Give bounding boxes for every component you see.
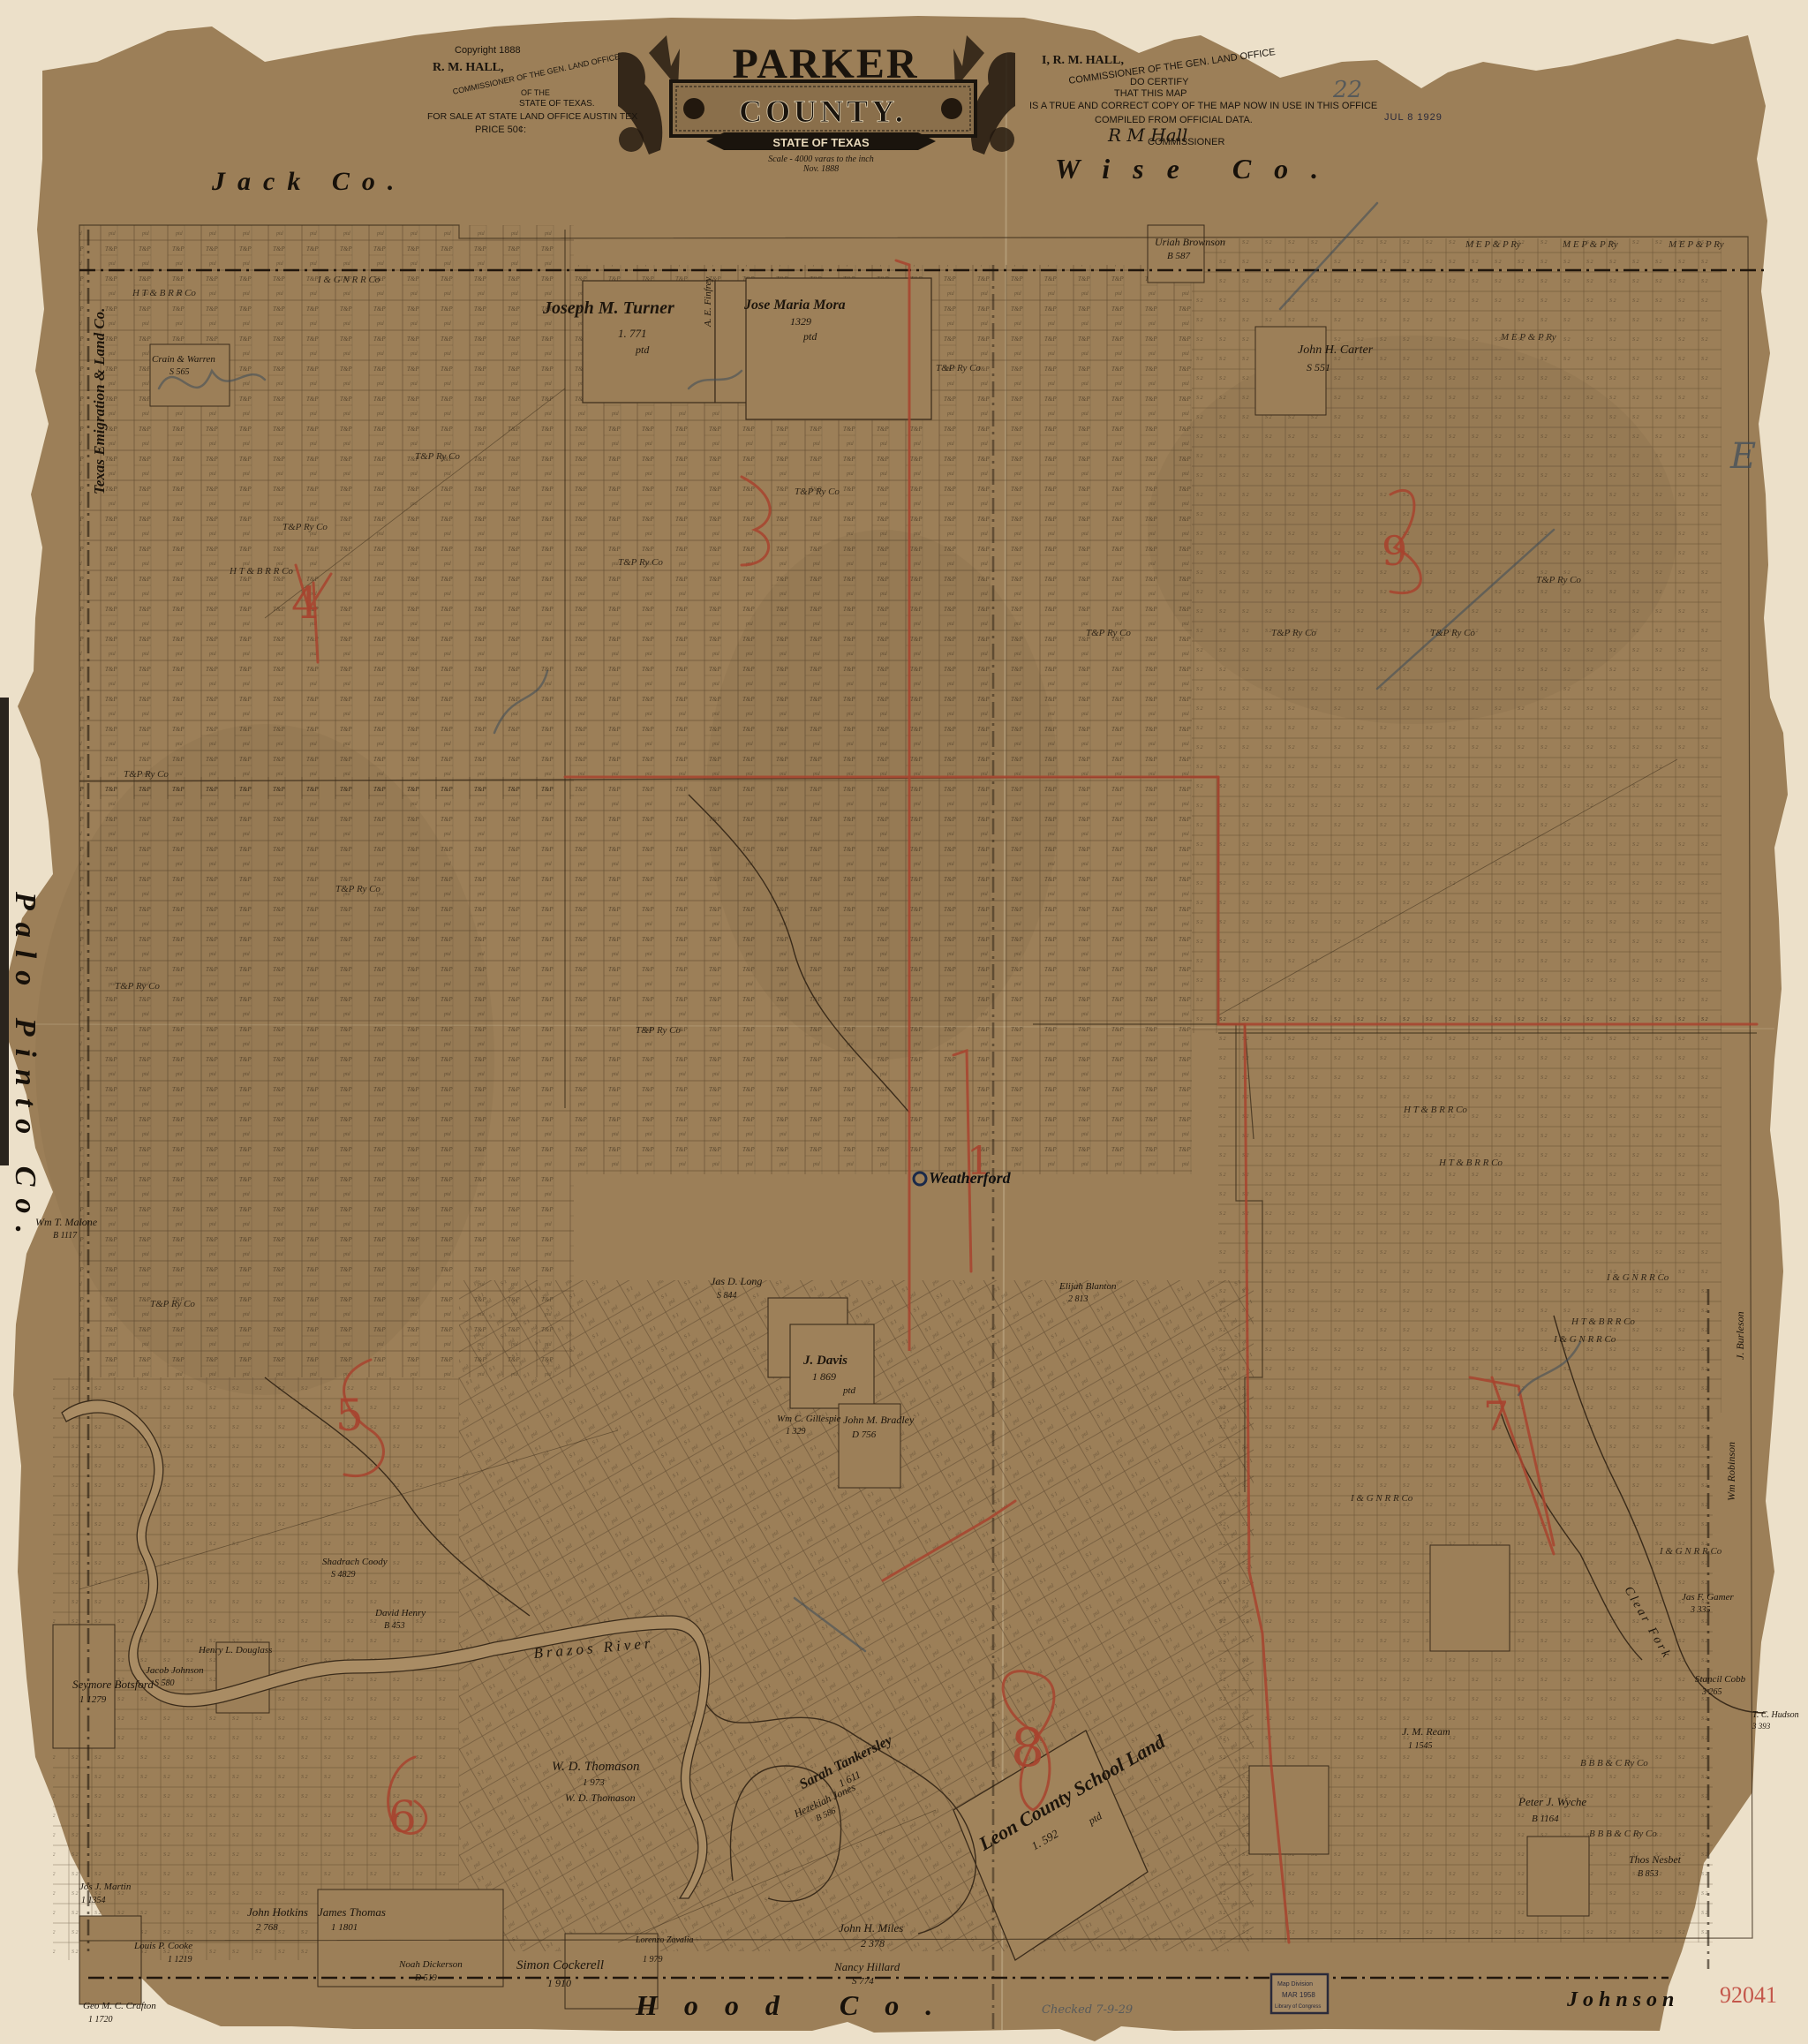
svg-text:Jas D. Long: Jas D. Long: [711, 1275, 762, 1287]
svg-text:Geo M. C. Crafton: Geo M. C. Crafton: [83, 2001, 156, 2011]
svg-text:T&P Ry Co: T&P Ry Co: [1271, 628, 1316, 638]
grant-henry-l-douglass: Henry L. Douglass: [198, 1645, 272, 1656]
svg-text:H T & B R R Co: H T & B R R Co: [229, 566, 293, 577]
svg-text:T&P Ry Co: T&P Ry Co: [1536, 575, 1581, 585]
svg-text:I & G N R R Co: I & G N R R Co: [1350, 1493, 1413, 1504]
survey-grid-regions: [53, 225, 1721, 1960]
svg-text:M E P & P Ry: M E P & P Ry: [1500, 332, 1556, 343]
svg-text:T&P Ry Co: T&P Ry Co: [150, 1299, 195, 1309]
svg-text:John H. Miles: John H. Miles: [839, 1921, 903, 1935]
svg-text:4: 4: [291, 577, 320, 629]
svg-text:Peter J. Wyche: Peter J. Wyche: [1518, 1795, 1586, 1808]
svg-text:H T & B R R Co: H T & B R R Co: [1571, 1316, 1635, 1327]
svg-text:Wm C. Gillespie: Wm C. Gillespie: [777, 1414, 841, 1424]
svg-text:1: 1: [967, 1139, 991, 1184]
library-stamp: Map Division MAR 1958 Library of Congres…: [1271, 1974, 1328, 2013]
svg-text:Crain & Warren: Crain & Warren: [152, 354, 215, 365]
date-stamp: JUL 8 1929: [1384, 112, 1443, 123]
svg-text:W. D. Thomason: W. D. Thomason: [565, 1791, 636, 1804]
county-label-palo-pinto: Palo Pinto Co.: [9, 891, 41, 1246]
map-title-county: COUNTY.: [739, 94, 907, 129]
svg-text:1 329: 1 329: [786, 1427, 806, 1437]
cert-certify: DO CERTIFY: [1130, 77, 1189, 87]
svg-text:Louis P. Cooke: Louis P. Cooke: [133, 1941, 192, 1951]
svg-text:1329: 1329: [790, 315, 811, 328]
publisher-sale: FOR SALE AT STATE LAND OFFICE AUSTIN TEX: [427, 111, 637, 122]
svg-text:Thos Nesbet: Thos Nesbet: [1629, 1853, 1682, 1866]
svg-text:MAR 1958: MAR 1958: [1282, 1991, 1315, 1999]
svg-text:I & G N R R Co: I & G N R R Co: [1606, 1272, 1669, 1283]
svg-text:B 1117: B 1117: [53, 1231, 78, 1241]
svg-text:Jas F. Gamer: Jas F. Gamer: [1682, 1592, 1734, 1603]
svg-text:Simon Cockerell: Simon Cockerell: [516, 1958, 604, 1972]
svg-text:8: 8: [1011, 1717, 1044, 1779]
county-label-johnson: Johnson: [1566, 1988, 1679, 2011]
grant-j-burleson: J. Burleson: [1734, 1311, 1746, 1360]
svg-text:M E P & P Ry: M E P & P Ry: [1562, 239, 1618, 250]
svg-text:ptd: ptd: [802, 330, 817, 343]
svg-text:2 768: 2 768: [256, 1922, 278, 1933]
svg-text:1. 771: 1. 771: [618, 327, 647, 340]
svg-text:1 1545: 1 1545: [1408, 1741, 1433, 1751]
svg-text:T&P Ry Co: T&P Ry Co: [415, 451, 460, 462]
svg-text:B 1164: B 1164: [1532, 1814, 1559, 1824]
svg-text:Seymore Botsford: Seymore Botsford: [72, 1678, 154, 1691]
land-company-label: Texas Emigration & Land Co.: [91, 308, 108, 494]
svg-text:D 519: D 519: [414, 1973, 437, 1983]
svg-text:Shadrach Coody: Shadrach Coody: [322, 1557, 388, 1567]
svg-text:S 565: S 565: [169, 367, 190, 377]
svg-text:3 335: 3 335: [1690, 1605, 1711, 1615]
pencil-note-margin: E: [1729, 436, 1756, 477]
publisher-price: PRICE 50¢:: [475, 124, 526, 135]
svg-text:H T & B R R Co: H T & B R R Co: [132, 288, 196, 298]
map-date: Nov. 1888: [802, 164, 839, 174]
svg-text:J. Davis: J. Davis: [802, 1354, 847, 1368]
svg-text:T&P Ry Co: T&P Ry Co: [124, 769, 169, 780]
svg-text:Map Division: Map Division: [1277, 1981, 1313, 1987]
svg-text:Library of Congress: Library of Congress: [1275, 2004, 1321, 2010]
svg-text:7: 7: [1483, 1392, 1509, 1440]
svg-text:T&P Ry Co: T&P Ry Co: [618, 557, 663, 568]
svg-text:Elijah Blanton: Elijah Blanton: [1058, 1281, 1117, 1292]
svg-text:I & G N R R Co: I & G N R R Co: [1553, 1334, 1616, 1345]
svg-text:T&P Ry Co: T&P Ry Co: [335, 884, 380, 894]
svg-text:2 378: 2 378: [861, 1937, 885, 1950]
svg-text:Nancy Hillard: Nancy Hillard: [833, 1960, 900, 1973]
svg-text:B B B & C Ry Co: B B B & C Ry Co: [1580, 1758, 1648, 1769]
svg-text:Noah Dickerson: Noah Dickerson: [398, 1959, 463, 1970]
svg-text:B 853: B 853: [1638, 1869, 1659, 1879]
svg-text:John Hotkins: John Hotkins: [247, 1905, 308, 1919]
left-edge-shadow: [0, 698, 9, 1165]
svg-text:B 453: B 453: [384, 1621, 405, 1631]
svg-text:1 979: 1 979: [643, 1955, 663, 1965]
svg-text:H T & B R R Co: H T & B R R Co: [1403, 1105, 1467, 1115]
map-title-state: STATE OF TEXAS: [772, 136, 870, 149]
svg-text:John M. Bradley: John M. Bradley: [843, 1414, 915, 1426]
grant-wm-robinson: Wm Robinson: [1725, 1442, 1737, 1501]
svg-text:5: 5: [335, 1390, 364, 1441]
svg-text:J. Burleson: J. Burleson: [1734, 1311, 1746, 1360]
svg-text:H T & B R R Co: H T & B R R Co: [1438, 1158, 1503, 1168]
svg-text:3 393: 3 393: [1751, 1722, 1771, 1731]
svg-text:T&P Ry Co: T&P Ry Co: [936, 363, 981, 373]
svg-text:A. E. Finfrey: A. E. Finfrey: [703, 276, 713, 328]
map-canvas: T&P ptd S 1 ptd S 2: [0, 0, 1808, 2044]
svg-text:T&P Ry Co: T&P Ry Co: [1430, 628, 1475, 638]
svg-text:T&P Ry Co: T&P Ry Co: [636, 1025, 681, 1036]
publisher-name: R. M. HALL,: [433, 61, 504, 74]
svg-text:S 551: S 551: [1307, 361, 1330, 373]
svg-text:1 1354: 1 1354: [81, 1896, 106, 1905]
publisher-state: STATE OF TEXAS.: [519, 99, 595, 109]
svg-text:1 1720: 1 1720: [88, 2015, 113, 2025]
svg-text:2 813: 2 813: [1068, 1294, 1089, 1304]
copyright-text: Copyright 1888: [455, 45, 521, 56]
cert-name: I, R. M. HALL,: [1042, 54, 1124, 67]
svg-text:D 756: D 756: [851, 1429, 877, 1440]
svg-text:Wm Robinson: Wm Robinson: [1725, 1442, 1737, 1501]
svg-text:S 844: S 844: [717, 1291, 737, 1301]
svg-text:W. D. Thomason: W. D. Thomason: [552, 1760, 639, 1774]
cert-signature-title: COMMISSIONER: [1148, 137, 1224, 147]
svg-text:James Thomas: James Thomas: [318, 1905, 386, 1919]
svg-text:T&P Ry Co: T&P Ry Co: [795, 486, 840, 497]
svg-text:B B B & C Ry Co: B B B & C Ry Co: [1589, 1829, 1657, 1839]
county-label-hood: Hood Co.: [635, 1989, 959, 2021]
svg-text:I & G N R R Co: I & G N R R Co: [317, 275, 380, 285]
svg-text:1 1801: 1 1801: [331, 1922, 358, 1933]
svg-text:6: 6: [388, 1791, 417, 1843]
map-title-parker: PARKER: [732, 41, 918, 87]
grant-a-e-finfrey: A. E. Finfrey: [703, 276, 713, 328]
svg-text:S 580: S 580: [154, 1678, 175, 1688]
map-scale: Scale - 4000 varas to the inch: [768, 155, 873, 164]
svg-text:T&P Ry Co: T&P Ry Co: [1086, 628, 1131, 638]
svg-text:Jose Maria Mora: Jose Maria Mora: [743, 298, 846, 313]
town-weatherford: Weatherford: [914, 1169, 1012, 1187]
svg-text:David Henry: David Henry: [374, 1608, 426, 1618]
pencil-note-bottom: Checked 7-9-29: [1042, 2003, 1133, 2017]
svg-text:ptd: ptd: [842, 1385, 856, 1396]
publisher-of-the: OF THE: [521, 88, 550, 97]
svg-text:Uriah Brownson: Uriah Brownson: [1155, 236, 1225, 248]
pencil-note-top: 22: [1332, 77, 1362, 103]
svg-text:M E P & P Ry: M E P & P Ry: [1668, 239, 1724, 250]
accession-number: 92041: [1720, 1982, 1777, 2008]
svg-text:S 774: S 774: [852, 1976, 874, 1987]
county-label-wise: Wise Co.: [1055, 153, 1341, 185]
svg-text:Stancil Cobb: Stancil Cobb: [1695, 1674, 1746, 1685]
svg-text:Henry L. Douglass: Henry L. Douglass: [198, 1645, 272, 1656]
cert-statement: IS A TRUE AND CORRECT COPY OF THE MAP NO…: [1029, 101, 1377, 111]
svg-text:Joseph M. Turner: Joseph M. Turner: [542, 298, 674, 318]
svg-text:1 1219: 1 1219: [168, 1955, 192, 1965]
svg-text:3 265: 3 265: [1701, 1687, 1722, 1697]
svg-text:J. M. Ream: J. M. Ream: [1402, 1725, 1450, 1738]
svg-text:T&P Ry Co: T&P Ry Co: [115, 981, 160, 992]
svg-text:Lorenzo Zavalia: Lorenzo Zavalia: [635, 1935, 693, 1945]
svg-text:1 869: 1 869: [812, 1370, 836, 1383]
svg-text:T&P Ry Co: T&P Ry Co: [282, 522, 328, 532]
svg-text:S 4829: S 4829: [331, 1570, 356, 1580]
svg-text:M E P & P Ry: M E P & P Ry: [1465, 239, 1521, 250]
svg-text:ptd: ptd: [635, 343, 650, 356]
svg-text:Wm T. Malone: Wm T. Malone: [35, 1216, 98, 1228]
svg-text:I & G N R R Co: I & G N R R Co: [1659, 1546, 1722, 1557]
svg-text:Jacob Johnson: Jacob Johnson: [146, 1665, 204, 1676]
svg-text:1 973: 1 973: [583, 1777, 605, 1788]
svg-text:John H. Carter: John H. Carter: [1298, 343, 1374, 357]
svg-text:1 910: 1 910: [547, 1977, 571, 1989]
svg-text:B 587: B 587: [1167, 251, 1190, 261]
cert-that: THAT THIS MAP: [1114, 88, 1187, 99]
svg-text:Jos J. Martin: Jos J. Martin: [79, 1882, 132, 1892]
svg-text:9: 9: [1382, 527, 1407, 575]
svg-text:T. C. Hudson: T. C. Hudson: [1752, 1710, 1799, 1720]
county-label-jack: Jack Co.: [211, 167, 406, 196]
svg-text:1 1279: 1 1279: [79, 1694, 107, 1705]
